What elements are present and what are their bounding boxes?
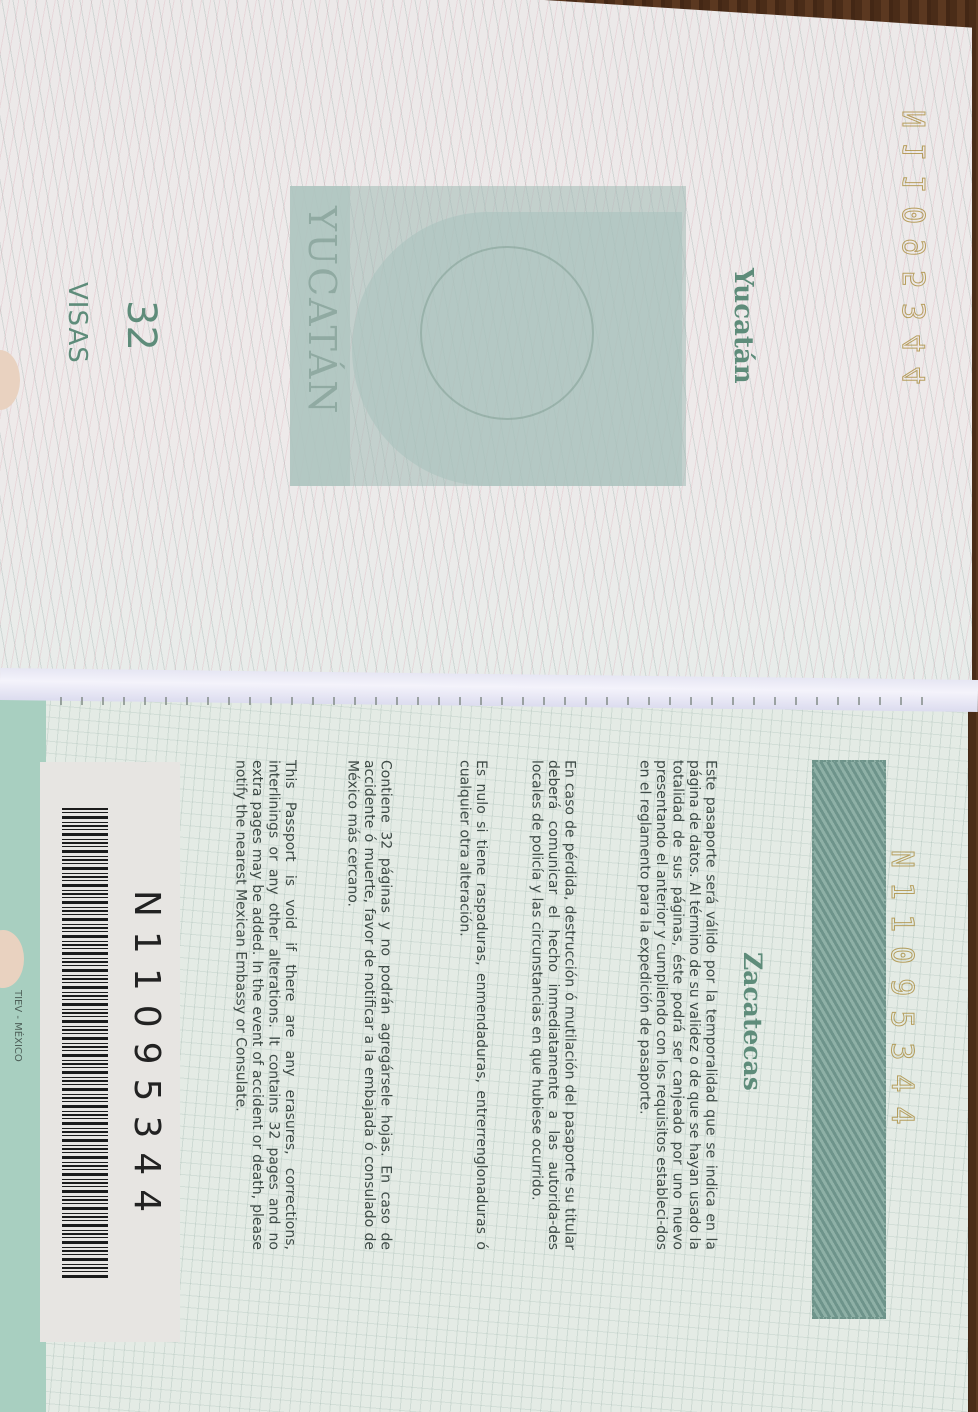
perforated-number-visa-page: N11095344 [898,110,933,399]
perforated-number-info-page: N11095344 [884,850,919,1139]
emblem-text: YUCATÁN [300,206,344,416]
emblem-banner: YUCATÁN [290,186,350,486]
security-strip [812,760,886,1319]
printer-credit: TIEV - MÉXICO [12,990,23,1062]
english-notice-paragraph: This Passport is void if there are any e… [232,760,298,1250]
pages-paragraph: Contiene 32 páginas y no podrán agregárs… [344,760,394,1250]
loss-paragraph: En caso de pérdida, destrucción ó mutila… [528,760,578,1250]
binding-stitches [60,697,940,705]
validity-paragraph: Este pasaporte será válido por la tempor… [636,760,719,1250]
emblem-circle [420,246,594,420]
page-number: 32 [118,300,164,351]
visa-page-state-title: Yucatán [728,268,758,384]
page-label: VISAS [62,282,92,364]
state-emblem-watermark: YUCATÁN [290,186,686,486]
document-number: N11095344 [126,890,167,1226]
info-page-state-title: Zacatecas [738,952,767,1091]
barcode [62,808,108,1278]
void-paragraph: Es nulo si tiene raspaduras, enmendadura… [456,760,489,1250]
